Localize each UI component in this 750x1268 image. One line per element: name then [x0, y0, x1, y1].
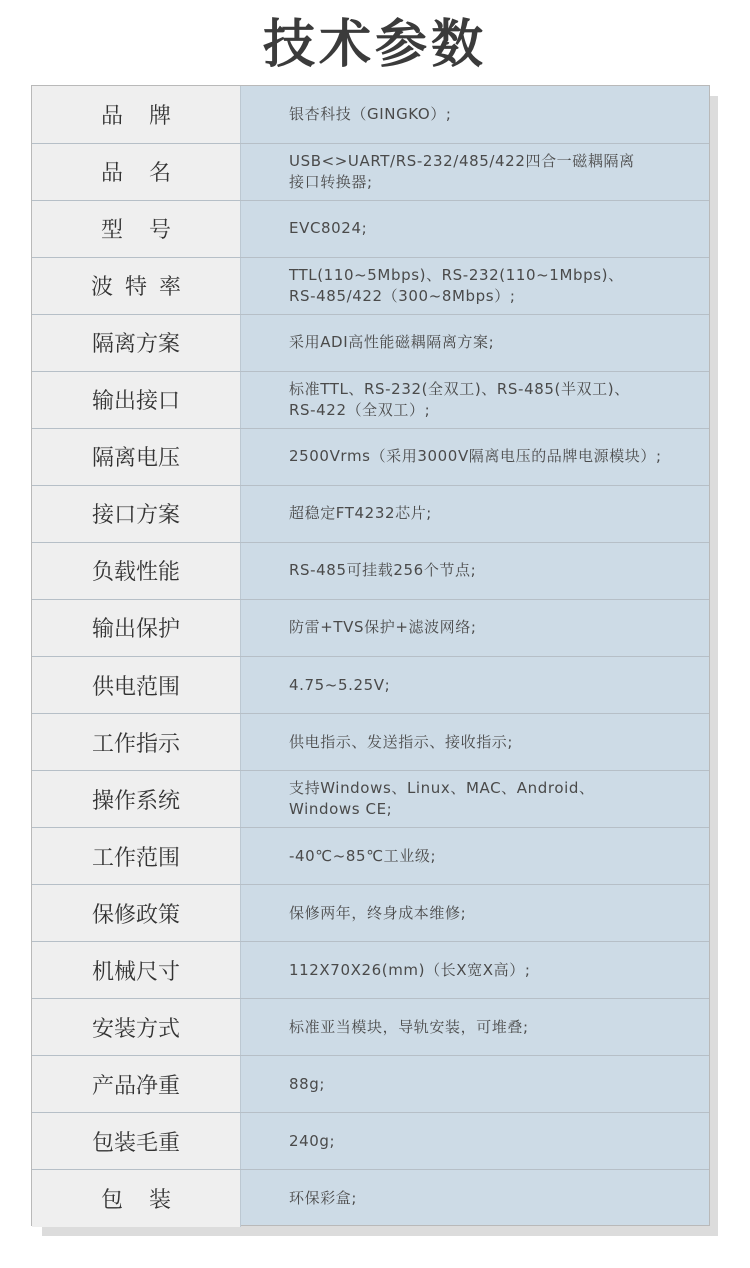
spec-row: 型号EVC8024; — [32, 200, 709, 257]
spec-row: 品名USB<>UART/RS-232/485/422四合一磁耦隔离 接口转换器; — [32, 143, 709, 200]
spec-row: 操作系统支持Windows、Linux、MAC、Android、 Windows… — [32, 771, 709, 828]
spec-label: 包装 — [32, 1170, 241, 1227]
spec-value: 支持Windows、Linux、MAC、Android、 Windows CE; — [241, 771, 709, 828]
spec-row: 负载性能RS-485可挂载256个节点; — [32, 542, 709, 599]
spec-label: 波特率 — [32, 257, 241, 314]
spec-row: 安装方式标准亚当模块，导轨安装，可堆叠; — [32, 999, 709, 1056]
spec-row: 隔离电压2500Vrms（采用3000V隔离电压的品牌电源模块）; — [32, 428, 709, 485]
spec-value: USB<>UART/RS-232/485/422四合一磁耦隔离 接口转换器; — [241, 143, 709, 200]
spec-value: 供电指示、发送指示、接收指示; — [241, 714, 709, 771]
spec-label: 供电范围 — [32, 657, 241, 714]
spec-label: 隔离电压 — [32, 428, 241, 485]
spec-row: 工作指示供电指示、发送指示、接收指示; — [32, 714, 709, 771]
spec-value: 保修两年，终身成本维修; — [241, 885, 709, 942]
spec-row: 产品净重88g; — [32, 1056, 709, 1113]
spec-row: 工作范围-40℃~85℃工业级; — [32, 828, 709, 885]
spec-row: 供电范围4.75~5.25V; — [32, 657, 709, 714]
spec-value: 88g; — [241, 1056, 709, 1113]
spec-value: RS-485可挂载256个节点; — [241, 542, 709, 599]
spec-row: 保修政策保修两年，终身成本维修; — [32, 885, 709, 942]
spec-label: 接口方案 — [32, 485, 241, 542]
spec-value: 4.75~5.25V; — [241, 657, 709, 714]
row-divider — [32, 656, 709, 657]
row-divider — [32, 713, 709, 714]
spec-label: 安装方式 — [32, 999, 241, 1056]
row-divider — [32, 314, 709, 315]
spec-label: 产品净重 — [32, 1056, 241, 1113]
spec-row: 机械尺寸112X70X26(mm)（长X宽X高）; — [32, 942, 709, 999]
row-divider — [32, 200, 709, 201]
row-divider — [32, 257, 709, 258]
spec-label: 负载性能 — [32, 542, 241, 599]
spec-value: 环保彩盒; — [241, 1170, 709, 1227]
row-divider — [32, 1112, 709, 1113]
row-divider — [32, 143, 709, 144]
spec-row: 接口方案超稳定FT4232芯片; — [32, 485, 709, 542]
spec-label: 机械尺寸 — [32, 942, 241, 999]
row-divider — [32, 371, 709, 372]
spec-label: 工作范围 — [32, 828, 241, 885]
row-divider — [32, 770, 709, 771]
row-divider — [32, 998, 709, 999]
spec-label: 工作指示 — [32, 714, 241, 771]
spec-label: 操作系统 — [32, 771, 241, 828]
spec-row: 包装环保彩盒; — [32, 1170, 709, 1227]
spec-row: 隔离方案采用ADI高性能磁耦隔离方案; — [32, 314, 709, 371]
row-divider — [32, 485, 709, 486]
spec-label: 品牌 — [32, 86, 241, 143]
row-divider — [32, 827, 709, 828]
row-divider — [32, 941, 709, 942]
spec-row: 品牌银杏科技（GINGKO）; — [32, 86, 709, 143]
spec-value: 采用ADI高性能磁耦隔离方案; — [241, 314, 709, 371]
row-divider — [32, 1169, 709, 1170]
spec-label: 输出接口 — [32, 371, 241, 428]
row-divider — [32, 599, 709, 600]
row-divider — [32, 428, 709, 429]
spec-row: 输出保护防雷+TVS保护+滤波网络; — [32, 599, 709, 656]
row-divider — [32, 542, 709, 543]
spec-table: 品牌银杏科技（GINGKO）;品名USB<>UART/RS-232/485/42… — [31, 85, 710, 1226]
spec-value: 防雷+TVS保护+滤波网络; — [241, 599, 709, 656]
spec-label: 包装毛重 — [32, 1113, 241, 1170]
spec-value: EVC8024; — [241, 200, 709, 257]
spec-label: 输出保护 — [32, 599, 241, 656]
spec-label: 隔离方案 — [32, 314, 241, 371]
spec-label: 品名 — [32, 143, 241, 200]
spec-row: 波特率TTL(110~5Mbps)、RS-232(110~1Mbps)、 RS-… — [32, 257, 709, 314]
row-divider — [32, 1055, 709, 1056]
spec-row: 输出接口标准TTL、RS-232(全双工)、RS-485(半双工)、 RS-42… — [32, 371, 709, 428]
spec-label: 保修政策 — [32, 885, 241, 942]
spec-label: 型号 — [32, 200, 241, 257]
spec-value: 112X70X26(mm)（长X宽X高）; — [241, 942, 709, 999]
spec-value: 标准亚当模块，导轨安装，可堆叠; — [241, 999, 709, 1056]
spec-value: 银杏科技（GINGKO）; — [241, 86, 709, 143]
spec-value: 240g; — [241, 1113, 709, 1170]
spec-value: TTL(110~5Mbps)、RS-232(110~1Mbps)、 RS-485… — [241, 257, 709, 314]
spec-value: 2500Vrms（采用3000V隔离电压的品牌电源模块）; — [241, 428, 709, 485]
row-divider — [32, 884, 709, 885]
page-title: 技术参数 — [0, 12, 750, 78]
spec-value: 标准TTL、RS-232(全双工)、RS-485(半双工)、 RS-422（全双… — [241, 371, 709, 428]
spec-value: -40℃~85℃工业级; — [241, 828, 709, 885]
spec-row: 包装毛重240g; — [32, 1113, 709, 1170]
spec-value: 超稳定FT4232芯片; — [241, 485, 709, 542]
